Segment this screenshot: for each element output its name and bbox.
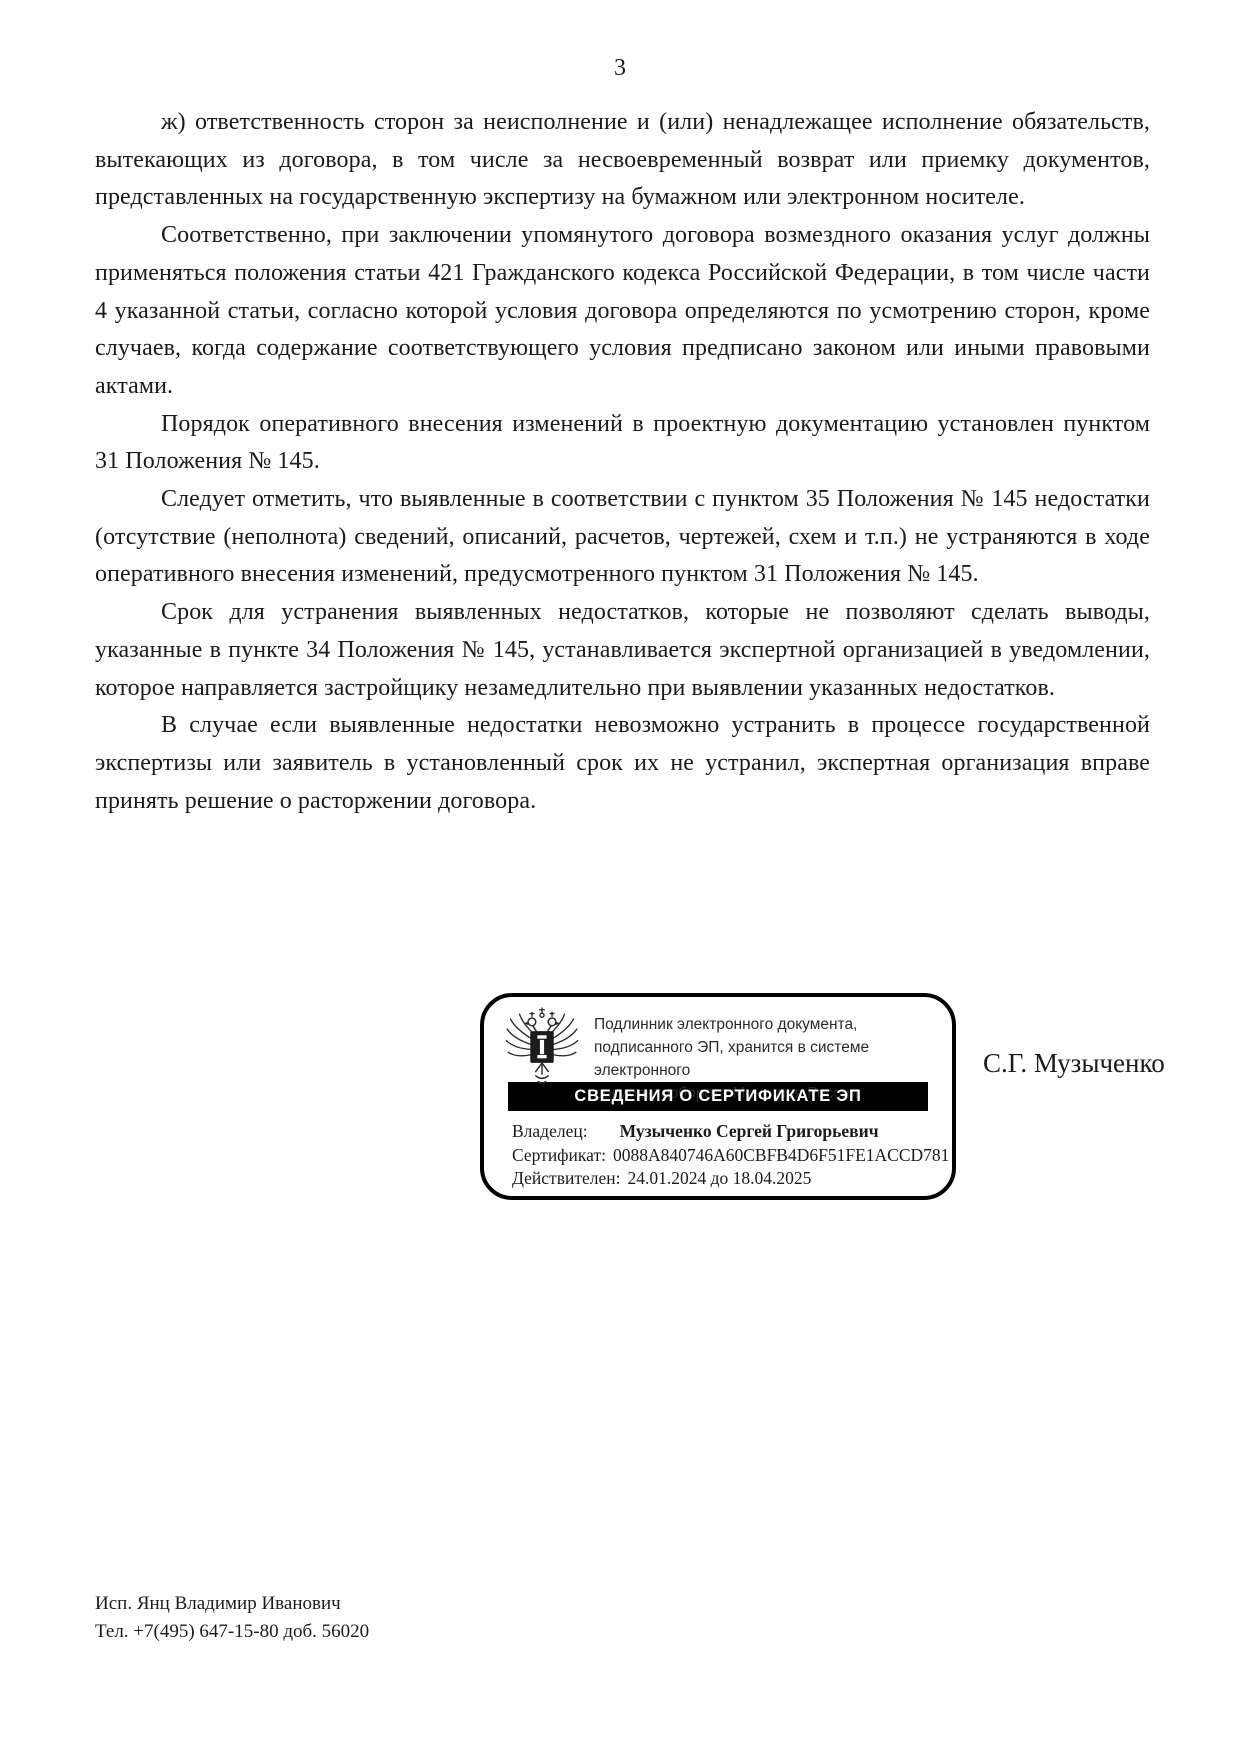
valid-label: Действителен: xyxy=(512,1168,620,1188)
paragraph-order-of-changes: Порядок оперативного внесения изменений … xyxy=(95,406,1150,481)
page-number: 3 xyxy=(0,0,1240,82)
phone-line: Тел. +7(495) 647-15-80 доб. 56020 xyxy=(95,1618,369,1646)
stamp-header-line-2: подписанного ЭП, хранится в системе элек… xyxy=(594,1036,934,1082)
certificate-serial-row: Сертификат:0088A840746A60CBFB4D6F51FE1AC… xyxy=(512,1144,942,1168)
certificate-label: Сертификат: xyxy=(512,1145,606,1165)
stamp-top-section: Подлинник электронного документа, подпис… xyxy=(484,997,952,1081)
certificate-fields: Владелец:Музыченко Сергей Григорьевич Се… xyxy=(484,1111,952,1191)
stamp-header-line-1: Подлинник электронного документа, xyxy=(594,1013,934,1036)
document-footer: Исп. Янц Владимир Иванович Тел. +7(495) … xyxy=(95,1590,369,1645)
paragraph-point-35-defects: Следует отметить, что выявленные в соотв… xyxy=(95,481,1150,594)
document-body: ж) ответственность сторон за неисполнени… xyxy=(95,104,1150,820)
valid-value: 24.01.2024 до 18.04.2025 xyxy=(627,1168,811,1188)
certificate-validity-row: Действителен:24.01.2024 до 18.04.2025 xyxy=(512,1167,942,1191)
paragraph-contract-termination: В случае если выявленные недостатки нево… xyxy=(95,707,1150,820)
certificate-value: 0088A840746A60CBFB4D6F51FE1ACCD781 xyxy=(613,1145,949,1165)
certificate-owner-row: Владелец:Музыченко Сергей Григорьевич xyxy=(512,1120,942,1144)
paragraph-article-421: Соответственно, при заключении упомянуто… xyxy=(95,217,1150,406)
owner-value: Музыченко Сергей Григорьевич xyxy=(620,1121,879,1141)
executor-line: Исп. Янц Владимир Иванович xyxy=(95,1590,369,1618)
electronic-signature-stamp: Подлинник электронного документа, подпис… xyxy=(480,993,956,1200)
signatory-name: С.Г. Музыченко xyxy=(983,1048,1165,1079)
double-headed-eagle-icon xyxy=(504,1006,580,1093)
paragraph-deadline-for-defects: Срок для устранения выявленных недостатк… xyxy=(95,594,1150,707)
owner-label: Владелец: xyxy=(512,1121,588,1141)
paragraph-zh-responsibility: ж) ответственность сторон за неисполнени… xyxy=(95,104,1150,217)
document-page: 3 ж) ответственность сторон за неисполне… xyxy=(0,0,1240,1755)
